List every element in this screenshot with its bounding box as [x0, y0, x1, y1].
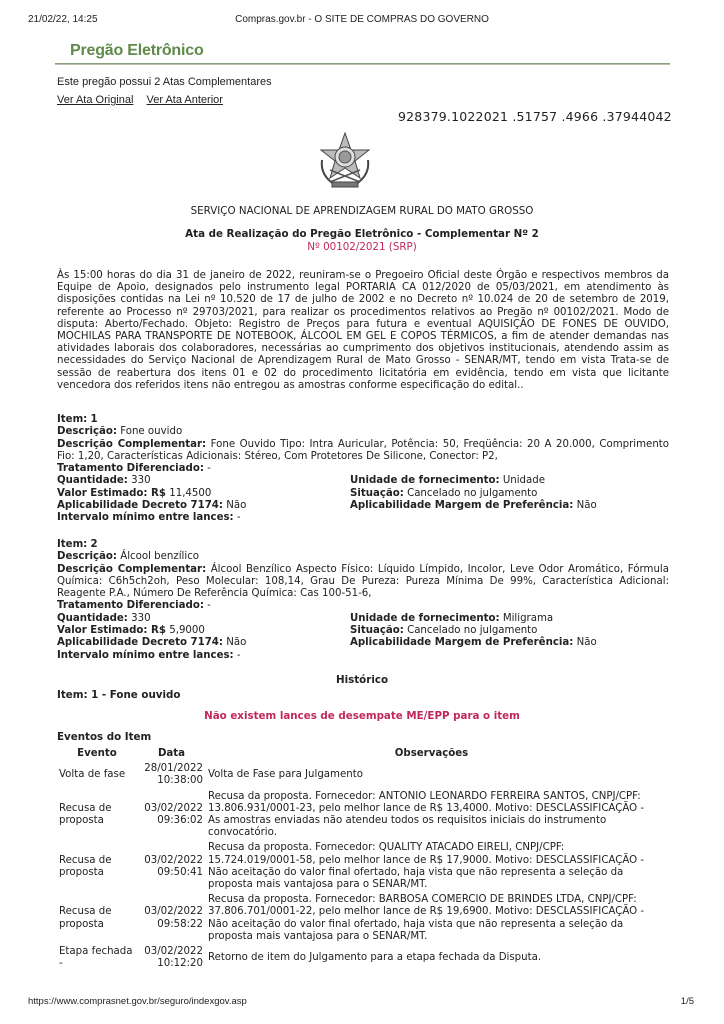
page-title: Pregão Eletrônico — [70, 42, 204, 60]
unidade-label: Unidade de fornecimento: — [350, 613, 500, 624]
item-descricao: Fone ouvido — [120, 426, 182, 437]
table-row: Etapa fechada -03/02/202210:12:20Retorno… — [59, 946, 655, 970]
page-number: 1/5 — [681, 996, 694, 1007]
event-type: Recusa de proposta — [59, 842, 135, 891]
item-margem: Não — [577, 500, 597, 511]
event-date: 03/02/2022 — [144, 906, 203, 917]
brazil-coat-of-arms-icon — [314, 130, 376, 190]
item-margem: Não — [577, 637, 597, 648]
column-evento: Evento — [59, 748, 135, 760]
unidade-label: Unidade de fornecimento: — [350, 475, 500, 486]
table-row: Recusa de proposta03/02/202209:36:02Recu… — [59, 791, 655, 840]
item-situacao: Cancelado no julgamento — [407, 488, 537, 499]
descricao-label: Descrição: — [57, 551, 117, 562]
item-valor: 5,9000 — [169, 625, 205, 636]
quantidade-label: Quantidade: — [57, 613, 128, 624]
table-row: Volta de fase28/01/202210:38:00Volta de … — [59, 763, 655, 787]
event-observations: Recusa da proposta. Fornecedor: QUALITY … — [208, 842, 655, 891]
event-observations: Retorno de item do Julgamento para a eta… — [208, 946, 655, 970]
item-intervalo: - — [237, 512, 241, 523]
descricao-complementar-label: Descrição Complementar: — [57, 564, 206, 575]
column-observacoes: Observações — [208, 748, 655, 760]
margem-label: Aplicabilidade Margem de Preferência: — [350, 637, 573, 648]
event-type-text: Recusa de proposta — [59, 855, 111, 878]
event-obs-text: Retorno de item do Julgamento para a eta… — [208, 952, 541, 963]
event-observations: Recusa da proposta. Fornecedor: ANTONIO … — [208, 791, 655, 840]
event-type-text: Recusa de proposta — [59, 803, 111, 826]
title-divider — [55, 63, 670, 65]
event-observations: Recusa da proposta. Fornecedor: BARBOSA … — [208, 894, 655, 943]
item-intervalo: - — [237, 650, 241, 661]
ver-ata-original-link[interactable]: Ver Ata Original — [57, 94, 133, 106]
organization-name: SERVIÇO NACIONAL DE APRENDIZAGEM RURAL D… — [0, 205, 724, 217]
valor-label: Valor Estimado: R$ — [57, 488, 166, 499]
valor-label: Valor Estimado: R$ — [57, 625, 166, 636]
event-time: 09:58:22 — [157, 919, 203, 930]
item-tratamento: - — [207, 600, 211, 611]
event-time: 09:36:02 — [157, 815, 203, 826]
intervalo-label: Intervalo mínimo entre lances: — [57, 512, 234, 523]
event-datetime: 03/02/202210:12:20 — [137, 946, 206, 970]
event-date: 03/02/2022 — [144, 855, 203, 866]
decreto-label: Aplicabilidade Decreto 7174: — [57, 500, 223, 511]
item-descricao: Álcool benzílico — [120, 551, 199, 562]
item-quantidade: 330 — [131, 613, 150, 624]
event-type-text: Recusa de proposta — [59, 906, 111, 929]
column-data: Data — [137, 748, 206, 760]
situacao-label: Situação: — [350, 488, 404, 499]
atas-complementares-note: Este pregão possui 2 Atas Complementares — [57, 76, 272, 88]
item-number: 2 — [91, 539, 98, 550]
event-type: Recusa de proposta — [59, 894, 135, 943]
ata-number: Nº 00102/2021 (SRP) — [0, 241, 724, 253]
event-observations: Volta de Fase para Julgamento — [208, 763, 655, 787]
event-date: 03/02/2022 — [144, 803, 203, 814]
table-row: Recusa de proposta03/02/202209:58:22Recu… — [59, 894, 655, 943]
event-type-text: Volta de fase — [59, 769, 125, 780]
item-block: Item: 2 Descrição: Álcool benzílico Desc… — [57, 539, 669, 662]
no-desempate-notice: Não existem lances de desempate ME/EPP p… — [0, 710, 724, 722]
event-obs-text: Recusa da proposta. Fornecedor: ANTONIO … — [208, 791, 644, 839]
event-datetime: 28/01/202210:38:00 — [137, 763, 206, 787]
event-obs-text: Recusa da proposta. Fornecedor: QUALITY … — [208, 842, 644, 890]
decreto-label: Aplicabilidade Decreto 7174: — [57, 637, 223, 648]
ata-title: Ata de Realização do Pregão Eletrônico -… — [0, 228, 724, 240]
item-label: Item: — [57, 414, 87, 425]
situacao-label: Situação: — [350, 625, 404, 636]
ver-ata-anterior-link[interactable]: Ver Ata Anterior — [147, 94, 223, 106]
events-header-row: Evento Data Observações — [59, 748, 655, 760]
event-date: 28/01/2022 — [144, 763, 203, 774]
event-datetime: 03/02/202209:36:02 — [137, 791, 206, 840]
event-datetime: 03/02/202209:58:22 — [137, 894, 206, 943]
ata-intro-paragraph: Às 15:00 horas do dia 31 de janeiro de 2… — [57, 270, 669, 392]
events-table: Evento Data Observações Volta de fase28/… — [57, 745, 657, 973]
event-date: 03/02/2022 — [144, 946, 203, 957]
item-number: 1 — [91, 414, 98, 425]
event-type: Recusa de proposta — [59, 791, 135, 840]
margem-label: Aplicabilidade Margem de Preferência: — [350, 500, 573, 511]
event-time: 10:12:20 — [157, 958, 203, 969]
event-time: 10:38:00 — [157, 775, 203, 786]
event-datetime: 03/02/202209:50:41 — [137, 842, 206, 891]
event-obs-text: Recusa da proposta. Fornecedor: BARBOSA … — [208, 894, 644, 942]
item-tratamento: - — [207, 463, 211, 474]
print-page-title: Compras.gov.br - O SITE DE COMPRAS DO GO… — [0, 14, 724, 25]
descricao-label: Descrição: — [57, 426, 117, 437]
document-number: 928379.1022021 .51757 .4966 .37944042 — [398, 109, 672, 124]
table-row: Recusa de proposta03/02/202209:50:41Recu… — [59, 842, 655, 891]
event-time: 09:50:41 — [157, 867, 203, 878]
event-type-text: Etapa fechada - — [59, 946, 133, 969]
item-decreto: Não — [226, 637, 246, 648]
ata-links: Ver Ata Original Ver Ata Anterior — [57, 94, 233, 106]
tratamento-label: Tratamento Diferenciado: — [57, 600, 204, 611]
descricao-complementar-label: Descrição Complementar: — [57, 439, 206, 450]
item-label: Item: — [57, 539, 87, 550]
eventos-title: Eventos do Item — [57, 731, 151, 743]
intervalo-label: Intervalo mínimo entre lances: — [57, 650, 234, 661]
event-type: Etapa fechada - — [59, 946, 135, 970]
item-unidade: Unidade — [503, 475, 545, 486]
event-obs-text: Volta de Fase para Julgamento — [208, 769, 363, 780]
historico-item-heading: Item: 1 - Fone ouvido — [57, 689, 180, 701]
item-decreto: Não — [226, 500, 246, 511]
item-valor: 11,4500 — [169, 488, 211, 499]
quantidade-label: Quantidade: — [57, 475, 128, 486]
tratamento-label: Tratamento Diferenciado: — [57, 463, 204, 474]
print-url: https://www.comprasnet.gov.br/seguro/ind… — [28, 996, 247, 1007]
item-quantidade: 330 — [131, 475, 150, 486]
item-block: Item: 1 Descrição: Fone ouvido Descrição… — [57, 414, 669, 525]
historico-title: Histórico — [0, 674, 724, 686]
event-type: Volta de fase — [59, 763, 135, 787]
item-unidade: Miligrama — [503, 613, 553, 624]
item-situacao: Cancelado no julgamento — [407, 625, 537, 636]
